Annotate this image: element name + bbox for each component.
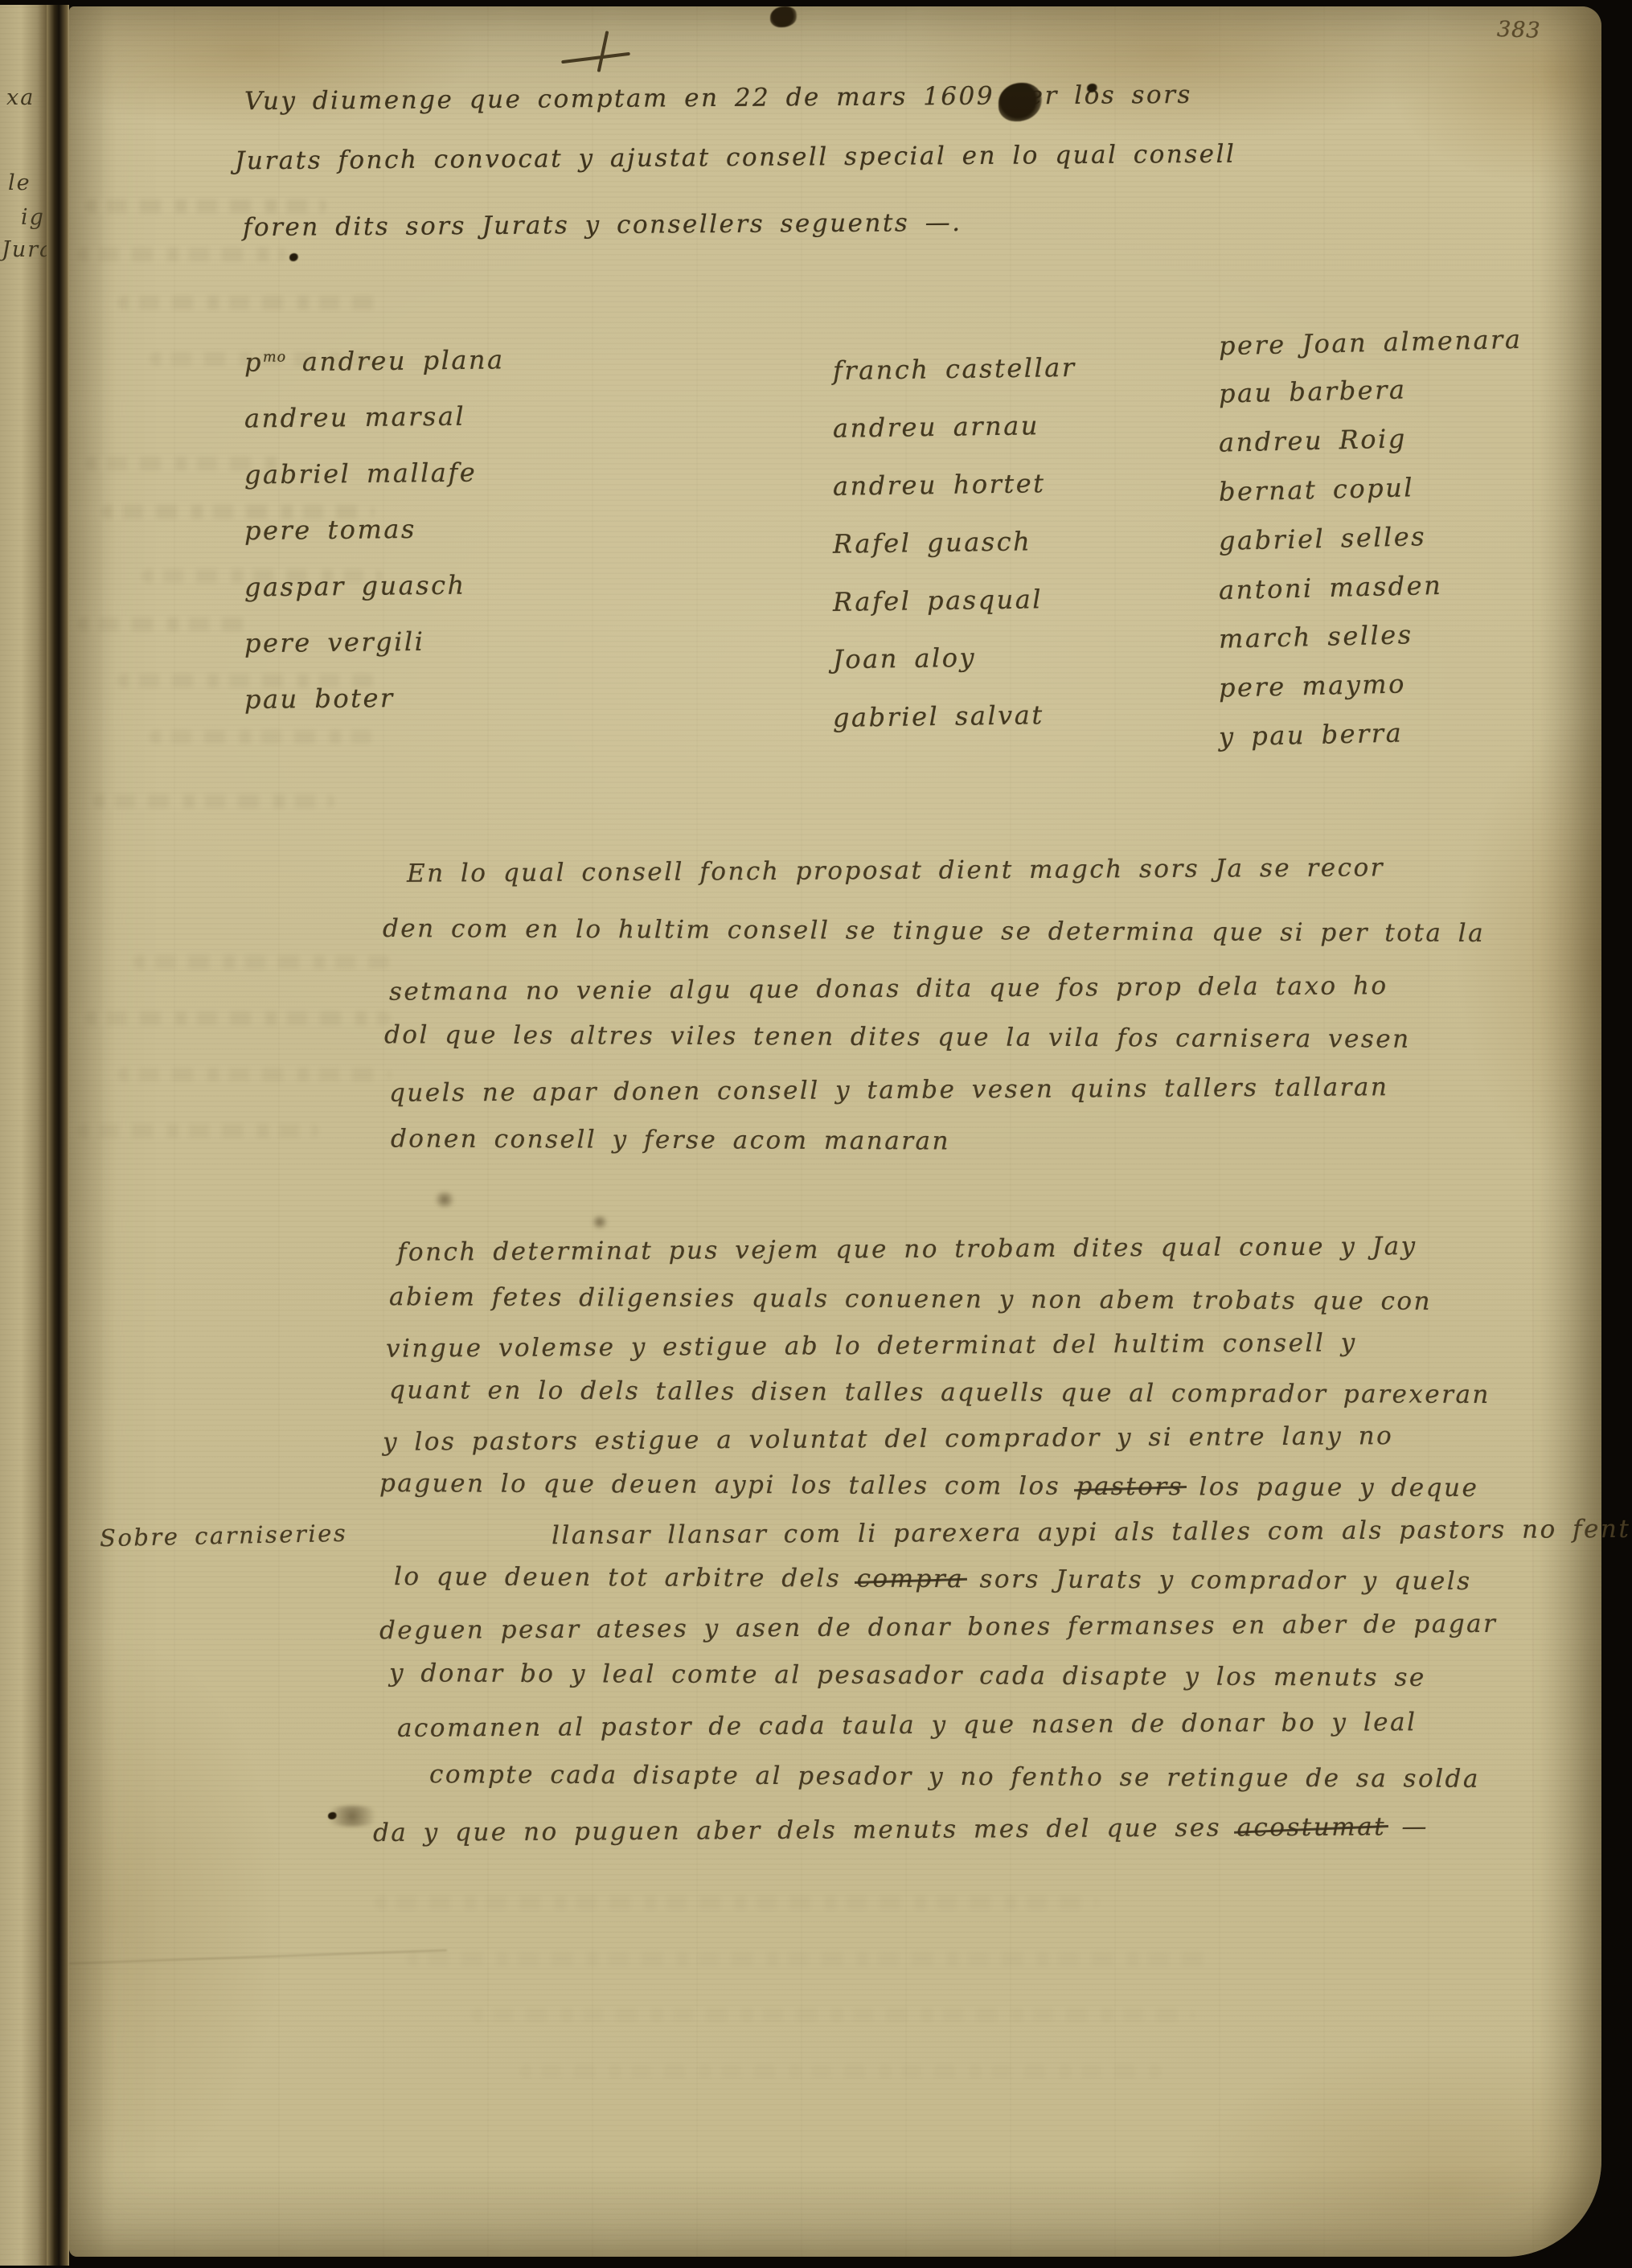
- manuscript-line: y donar bo y leal comte al pesasador cad…: [389, 1659, 1426, 1692]
- name-text: andreu Roig: [1219, 423, 1408, 457]
- line-text: En lo qual consell fonch proposat dient …: [407, 853, 1384, 888]
- name-text: pere Joan almenara: [1219, 324, 1523, 362]
- name-text: Rafel pasqual: [833, 584, 1043, 617]
- invocation-cross-icon: [560, 27, 634, 84]
- name-entry: gabriel salvat: [833, 699, 1044, 733]
- name-text: andreu marsal: [244, 401, 466, 434]
- name-text: pere vergili: [244, 626, 425, 658]
- name-entry: y pau berra: [1219, 717, 1404, 752]
- line-text: y los pastors estigue a voluntat del com…: [383, 1421, 1393, 1457]
- ink-blot: [998, 83, 1042, 121]
- manuscript-line: fonch determinat pus vejem que no trobam…: [397, 1232, 1417, 1267]
- ghost-line: [77, 248, 286, 261]
- gutter-text-fragment: xa: [6, 85, 35, 110]
- name-entry: andreu arnau: [833, 410, 1039, 444]
- name-text: andreu arnau: [833, 410, 1039, 444]
- folio-number: 383: [1496, 17, 1541, 43]
- name-entry: pau barbera: [1219, 374, 1407, 408]
- ghost-line: [117, 674, 375, 687]
- name-text: pau boter: [244, 683, 395, 715]
- ghost-line: [85, 199, 326, 213]
- ghost-line: [150, 352, 391, 366]
- ghost-line: [77, 617, 254, 631]
- heading-line: Vuy diumenge que comptam en 22 de mars 1…: [244, 80, 1192, 116]
- gutter-text-fragment: Jura: [2, 237, 47, 262]
- line-text: y donar bo y leal comte al pesasador cad…: [389, 1659, 1426, 1692]
- name-entry: Rafel guasch: [833, 526, 1032, 559]
- name-text: pere maymo: [1219, 668, 1407, 703]
- name-entry: franch castellar: [833, 352, 1076, 386]
- line-text: vingue volemse y estigue ab lo determina…: [386, 1328, 1357, 1363]
- name-entry: march selles: [1219, 619, 1413, 654]
- ink-blot: [770, 6, 798, 27]
- manuscript-line: da y que no puguen aber dels menuts mes …: [373, 1812, 1429, 1848]
- line-text: acomanen al pastor de cada taula y que n…: [397, 1708, 1417, 1743]
- ghost-line: [77, 1124, 318, 1138]
- ghost-line: [471, 2008, 1195, 2022]
- line-text: lo que deuen tot arbitre dels: [394, 1562, 857, 1593]
- ghost-line: [117, 1068, 391, 1081]
- line-text: donen consell y ferse acom manaran: [391, 1124, 950, 1155]
- name-entry: bernat copul: [1219, 472, 1415, 507]
- line-text: fonch determinat pus vejem que no trobam…: [397, 1232, 1417, 1267]
- name-text: pau barbera: [1219, 374, 1407, 408]
- manuscript-line: y los pastors estigue a voluntat del com…: [383, 1421, 1393, 1457]
- name-text: gabriel salvat: [833, 699, 1044, 733]
- name-entry: pere maymo: [1219, 668, 1407, 703]
- opposite-page-edge: xa le ig Jura: [0, 5, 47, 2266]
- name-text: bernat copul: [1219, 472, 1415, 507]
- ghost-line: [117, 296, 383, 310]
- name-entry: pere vergili: [244, 626, 425, 658]
- name-text: antoni masden: [1219, 570, 1443, 605]
- name-text: Rafel guasch: [833, 526, 1032, 559]
- cross-vertical-stroke: [597, 31, 609, 72]
- manuscript-line: quant en lo dels talles disen talles aqu…: [389, 1376, 1491, 1409]
- ghost-line: [85, 1011, 391, 1025]
- gutter-text-fragment: le: [8, 170, 31, 195]
- manuscript-line: En lo qual consell fonch proposat dient …: [407, 853, 1384, 888]
- manuscript-line: vingue volemse y estigue ab lo determina…: [386, 1328, 1357, 1363]
- paper-crease: [69, 1950, 447, 1964]
- line-text: quant en lo dels talles disen talles aqu…: [389, 1376, 1491, 1409]
- name-text: march selles: [1219, 619, 1413, 654]
- struck-word: compra: [857, 1565, 965, 1594]
- line-text: llansar llansar com li parexera aypi als…: [552, 1515, 1631, 1550]
- line-text: abiem fetes diligensies quals conuenen y…: [389, 1282, 1432, 1316]
- manuscript-line: abiem fetes diligensies quals conuenen y…: [389, 1282, 1432, 1316]
- line-text: da y que no puguen aber dels menuts mes …: [373, 1813, 1237, 1848]
- heading-line: foren dits sors Jurats y consellers segu…: [243, 208, 962, 242]
- gutter-text-fragment: ig: [21, 205, 45, 230]
- line-text: dol que les altres viles tenen dites que…: [384, 1020, 1411, 1054]
- line-text: quels ne apar donen consell y tambe vese…: [389, 1072, 1389, 1108]
- cross-horizontal-stroke: [561, 52, 630, 64]
- manuscript-line: compte cada disapte al pesador y no fent…: [429, 1760, 1480, 1794]
- ghost-line: [133, 955, 391, 969]
- manuscript-line: donen consell y ferse acom manaran: [391, 1124, 950, 1155]
- ghost-line: [85, 457, 286, 470]
- name-entry: pau boter: [244, 683, 395, 715]
- name-entry: Joan aloy: [833, 642, 977, 675]
- ghost-line: [101, 505, 375, 519]
- line-text: —: [1386, 1812, 1429, 1841]
- name-entry: andreu marsal: [244, 401, 466, 434]
- manuscript-line: den com en lo hultim consell se tingue s…: [383, 914, 1485, 948]
- line-text: los pague y deque: [1183, 1472, 1478, 1503]
- manuscript-line: dol que les altres viles tenen dites que…: [384, 1020, 1411, 1054]
- manuscript-line: llansar llansar com li parexera aypi als…: [552, 1515, 1631, 1550]
- name-text: franch castellar: [833, 352, 1076, 386]
- line-text: den com en lo hultim consell se tingue s…: [383, 914, 1485, 948]
- ghost-line: [141, 569, 383, 583]
- name-text: Joan aloy: [833, 642, 977, 675]
- ghost-line: [93, 794, 334, 808]
- manuscript-page: 383 Vuy diumenge que comptam en 22 de ma…: [69, 6, 1601, 2257]
- ink-blot: [289, 253, 298, 261]
- line-text: sors Jurats y comprador y quels: [964, 1565, 1472, 1596]
- name-text: andreu hortet: [833, 468, 1046, 502]
- manuscript-line: acomanen al pastor de cada taula y que n…: [397, 1708, 1417, 1743]
- struck-word: acostumat: [1236, 1812, 1386, 1842]
- heading-line: Jurats fonch convocat y ajustat consell …: [235, 140, 1236, 176]
- line-text: setmana no venie algu que donas dita que…: [389, 971, 1388, 1007]
- line-text: compte cada disapte al pesador y no fent…: [429, 1760, 1480, 1794]
- name-entry: gabriel selles: [1219, 521, 1427, 556]
- manuscript-line: setmana no venie algu que donas dita que…: [389, 971, 1388, 1007]
- ghost-line: [150, 730, 375, 744]
- struck-word: pastors: [1076, 1472, 1183, 1502]
- ink-smudge: [590, 1216, 609, 1228]
- name-entry: andreu Roig: [1219, 423, 1408, 457]
- ghost-line: [519, 2065, 1162, 2078]
- line-text: paguen lo que deuen aypi los talles com …: [379, 1469, 1076, 1501]
- ink-smudge: [433, 1191, 457, 1208]
- manuscript-line: lo que deuen tot arbitre dels compra sor…: [394, 1562, 1472, 1596]
- ghost-line: [375, 1896, 1098, 1909]
- ghost-line: [407, 1952, 1211, 1966]
- name-text: y pau berra: [1219, 717, 1404, 752]
- name-entry: antoni masden: [1219, 570, 1443, 605]
- manuscript-scan: xa le ig Jura 383 Vuy diumenge que compt…: [0, 0, 1632, 2268]
- gutter-shadow: [47, 5, 69, 2266]
- manuscript-line: deguen pesar ateses y asen de donar bone…: [379, 1610, 1498, 1645]
- line-text: deguen pesar ateses y asen de donar bone…: [379, 1610, 1498, 1645]
- margin-note: Sobre carniseries: [100, 1520, 348, 1552]
- manuscript-line: paguen lo que deuen aypi los talles com …: [379, 1469, 1479, 1503]
- manuscript-line: quels ne apar donen consell y tambe vese…: [389, 1072, 1389, 1108]
- name-entry: pere Joan almenara: [1219, 324, 1523, 362]
- name-entry: andreu hortet: [833, 468, 1046, 502]
- name-entry: Rafel pasqual: [833, 584, 1043, 617]
- name-text: gabriel selles: [1219, 521, 1427, 556]
